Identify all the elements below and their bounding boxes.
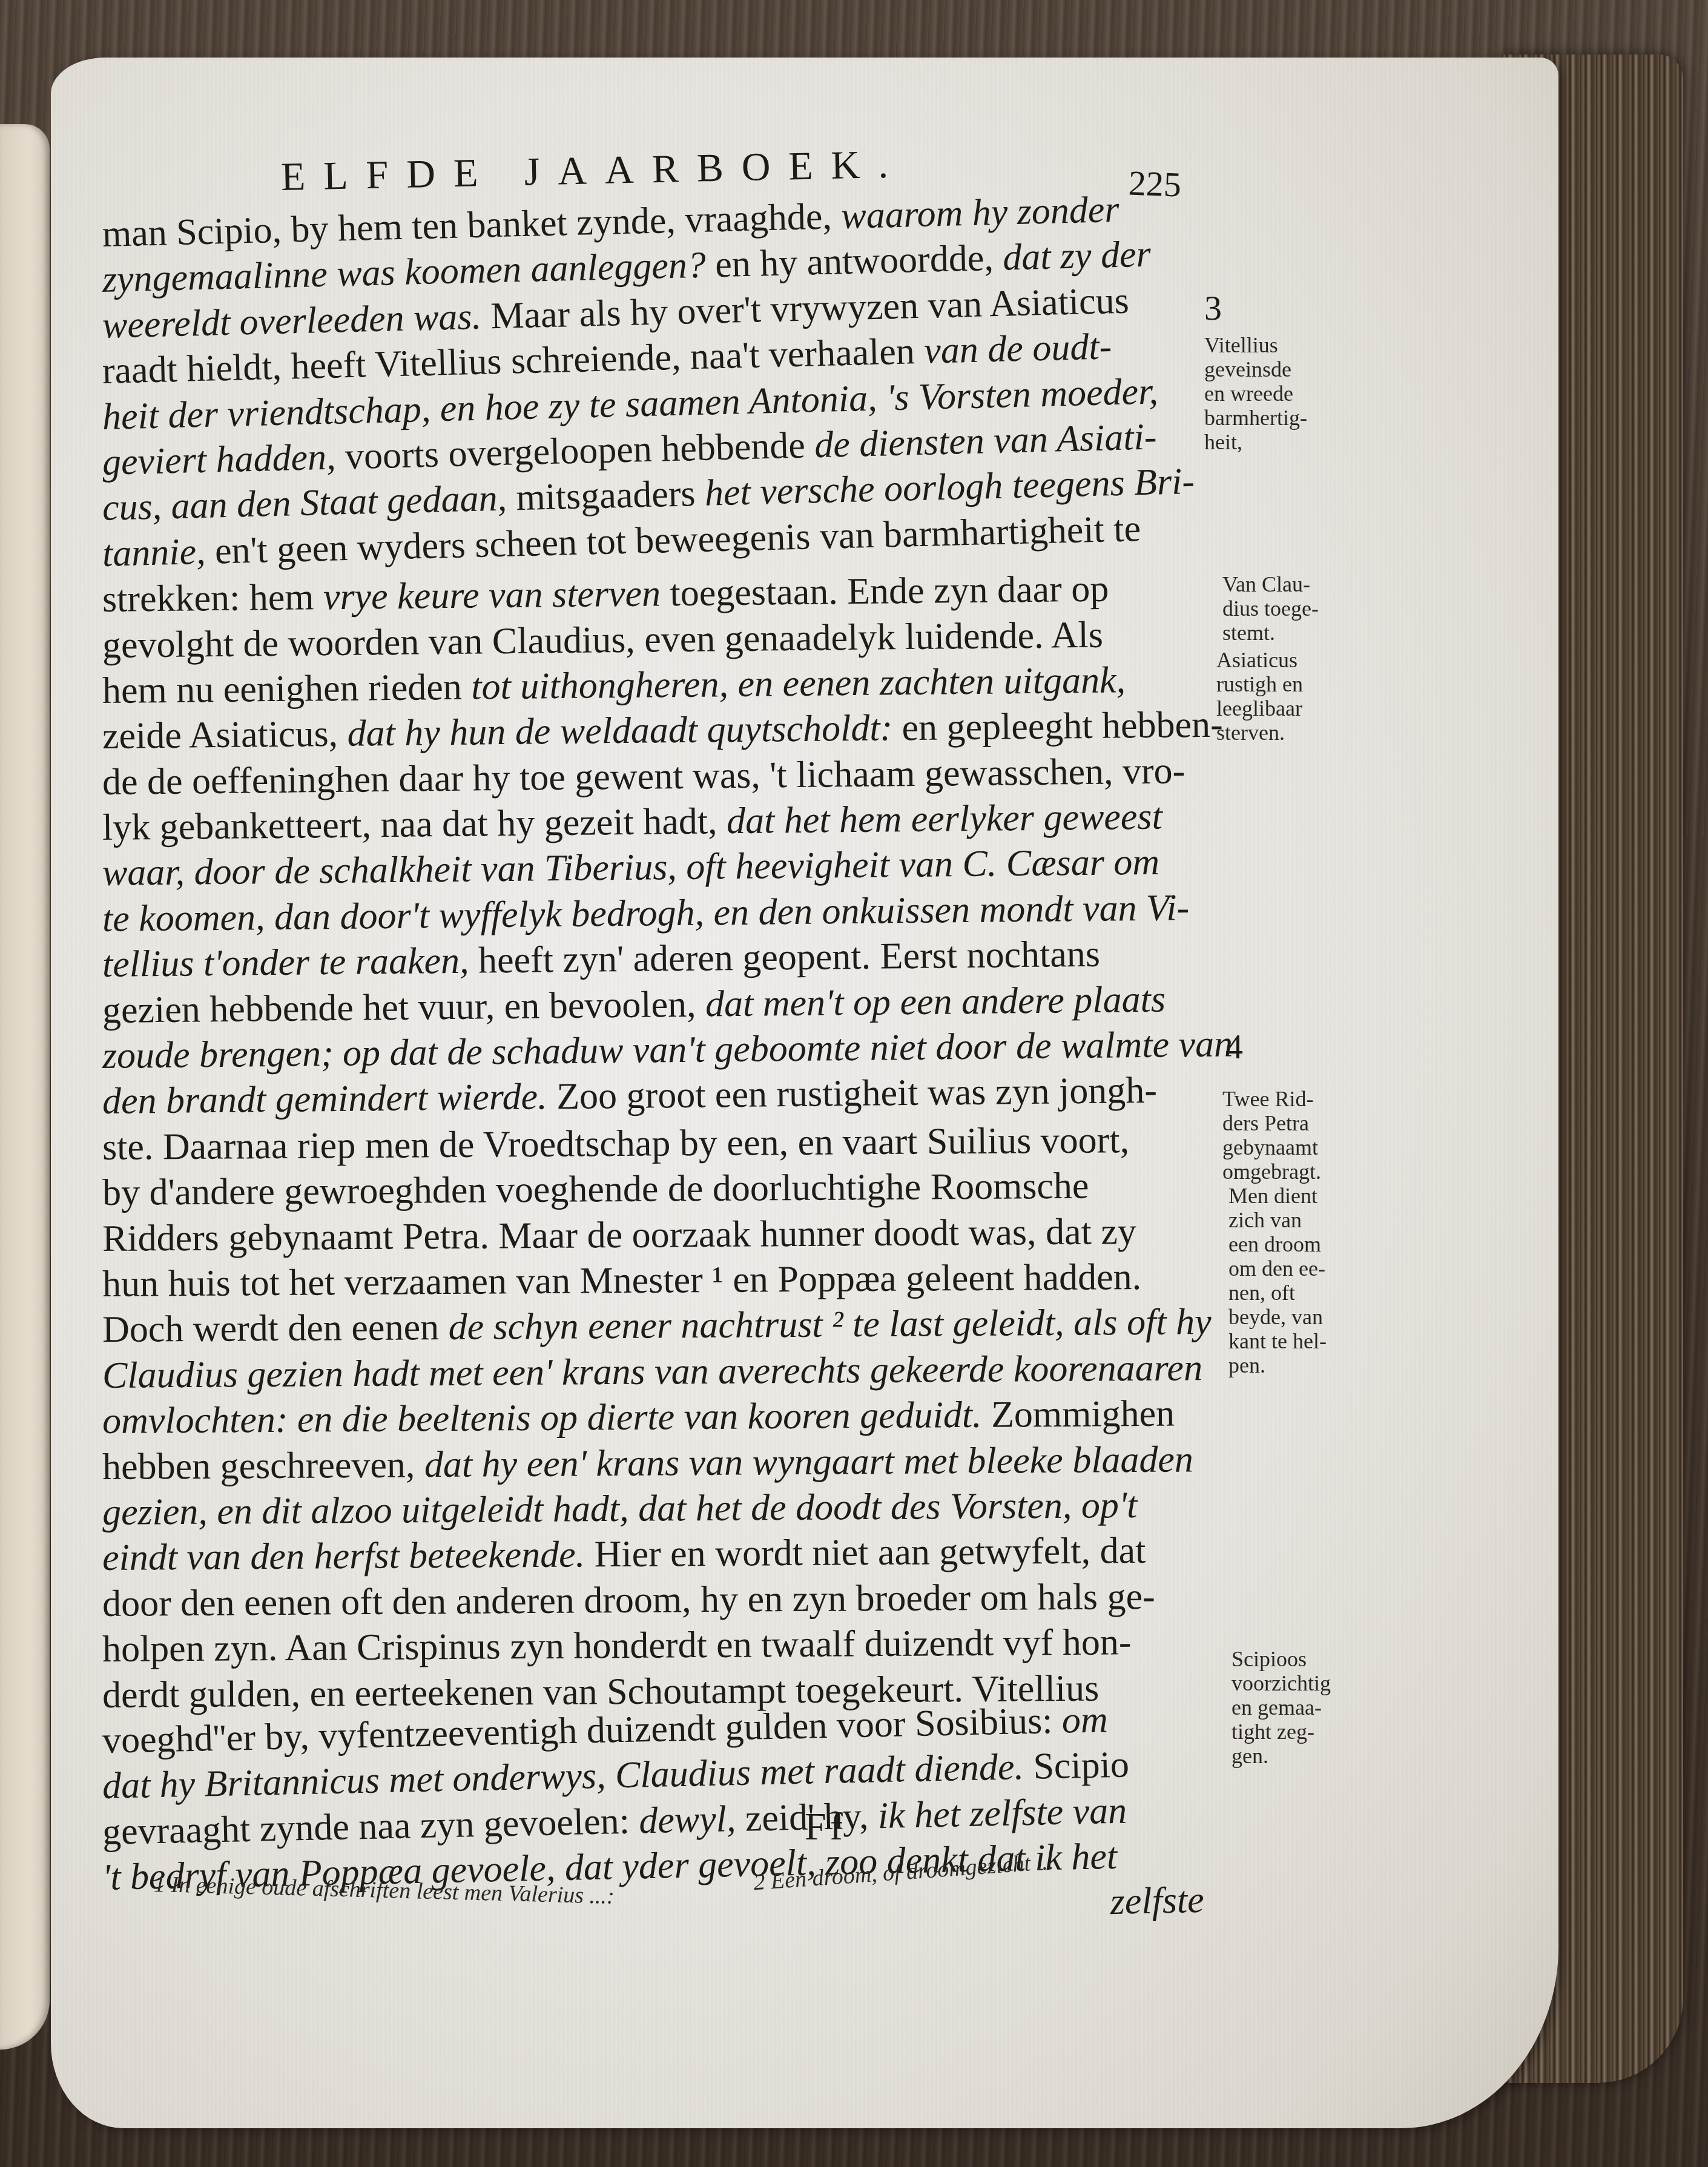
margin-note-scipio: Scipioosvoorzichtigen gemaa-tight zeg-ge…	[1232, 1647, 1331, 1768]
margin-note-vitellius: Vitelliusgeveinsdeen wreedebarmhertig-he…	[1204, 333, 1307, 454]
text-line: hebben geschreeven, dat hy een' krans va…	[102, 1436, 1283, 1490]
text-line: omvlochten: en die beeltenis op dierte v…	[102, 1391, 1283, 1445]
text-line: door den eenen oft den anderen droom, hy…	[102, 1573, 1283, 1627]
margin-note-claudius: Van Clau-dius toege-stemt.	[1222, 572, 1319, 645]
margin-note-ridders: Twee Rid-ders Petragebynaamtomgebragt.	[1222, 1087, 1321, 1184]
signature-mark: Ff	[805, 1804, 846, 1849]
section-number-3: 3	[1204, 288, 1222, 328]
margin-note-droom: Men dientzich vaneen droomom den ee-nen,…	[1228, 1184, 1327, 1377]
text-line: gezien, en dit alzoo uitgeleidt hadt, da…	[102, 1482, 1283, 1535]
text-line: holpen zyn. Aan Crispinus zyn honderdt e…	[102, 1618, 1283, 1672]
text-line: by d'andere gewroeghden voeghende de doo…	[102, 1163, 1283, 1216]
facing-page-edge	[0, 124, 50, 2050]
text-line: Doch werdt den eenen de schyn eener nach…	[102, 1299, 1283, 1353]
text-line: Ridders gebynaamt Petra. Maar de oorzaak…	[102, 1208, 1283, 1262]
margin-note-asiaticus: Asiaticusrustigh enleeglibaarsterven.	[1216, 648, 1303, 745]
running-head: ELFDE JAARBOEK.	[280, 141, 906, 200]
book-page: ELFDE JAARBOEK. 225 man Scipio, by hem t…	[51, 58, 1558, 2128]
section-number-4: 4	[1225, 1026, 1243, 1067]
text-line: hun huis tot het verzaamen van Mnester ¹…	[102, 1253, 1283, 1307]
text-line: eindt van den herfst beteekende. Hier en…	[102, 1528, 1283, 1582]
body-text: man Scipio, by hem ten banket zynde, vra…	[102, 212, 1283, 1947]
text-line: Claudius gezien hadt met een' krans van …	[102, 1345, 1283, 1399]
text-line: ste. Daarnaa riep men de Vroedtschap by …	[102, 1116, 1283, 1170]
